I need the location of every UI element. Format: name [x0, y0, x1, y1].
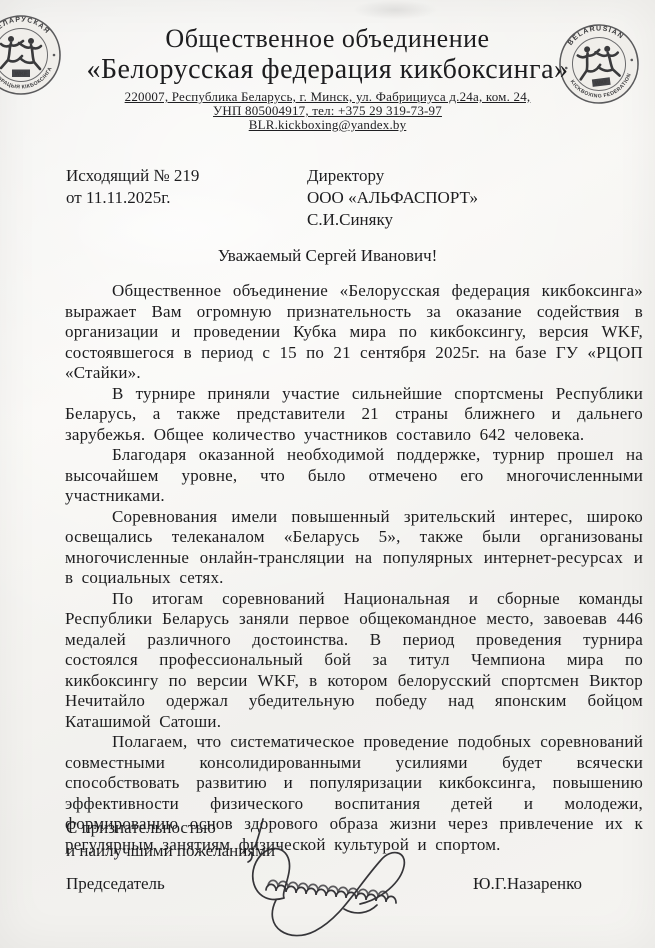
recipient-line: ООО «АЛЬФАСПОРТ»	[307, 187, 478, 209]
recipient-line: Директору	[307, 165, 478, 187]
closing-line: С признательностью	[66, 816, 275, 839]
recipient-block: Директору ООО «АЛЬФАСПОРТ» С.И.Синяку	[307, 165, 478, 231]
recipient-line: С.И.Синяку	[307, 209, 478, 231]
paragraph: По итогам соревнований Национальная и сб…	[65, 589, 643, 733]
org-name-title: «Белорусская федерация кикбоксинга»	[0, 54, 655, 86]
closing-block: С признательностью и наилучшими пожелани…	[66, 816, 275, 862]
closing-line: и наилучшими пожеланиями	[66, 839, 275, 862]
signer-title: Председатель	[66, 874, 165, 894]
letter-page: БЕЛАРУСКАЯ ФЕДЭРАЦЫЯ КІКБОКСІНГА WKF BEL…	[0, 0, 655, 948]
paragraph: Соревнования имели повышенный зрительски…	[65, 507, 643, 589]
outgoing-number: Исходящий № 219	[66, 165, 199, 187]
outgoing-block: Исходящий № 219 от 11.11.2025г.	[66, 165, 199, 209]
letter-body: Общественное объединение «Белорусская фе…	[65, 281, 643, 855]
salutation: Уважаемый Сергей Иванович!	[0, 246, 655, 266]
paragraph: Общественное объединение «Белорусская фе…	[65, 281, 643, 384]
org-type-title: Общественное объединение	[0, 24, 655, 54]
paragraph: Благодаря оказанной необходимой поддержк…	[65, 445, 643, 507]
paragraph: В турнире приняли участие сильнейшие спо…	[65, 384, 643, 446]
org-email: BLR.kickboxing@yandex.by	[0, 117, 655, 133]
signer-name: Ю.Г.Назаренко	[473, 874, 582, 894]
outgoing-date: от 11.11.2025г.	[66, 187, 199, 209]
